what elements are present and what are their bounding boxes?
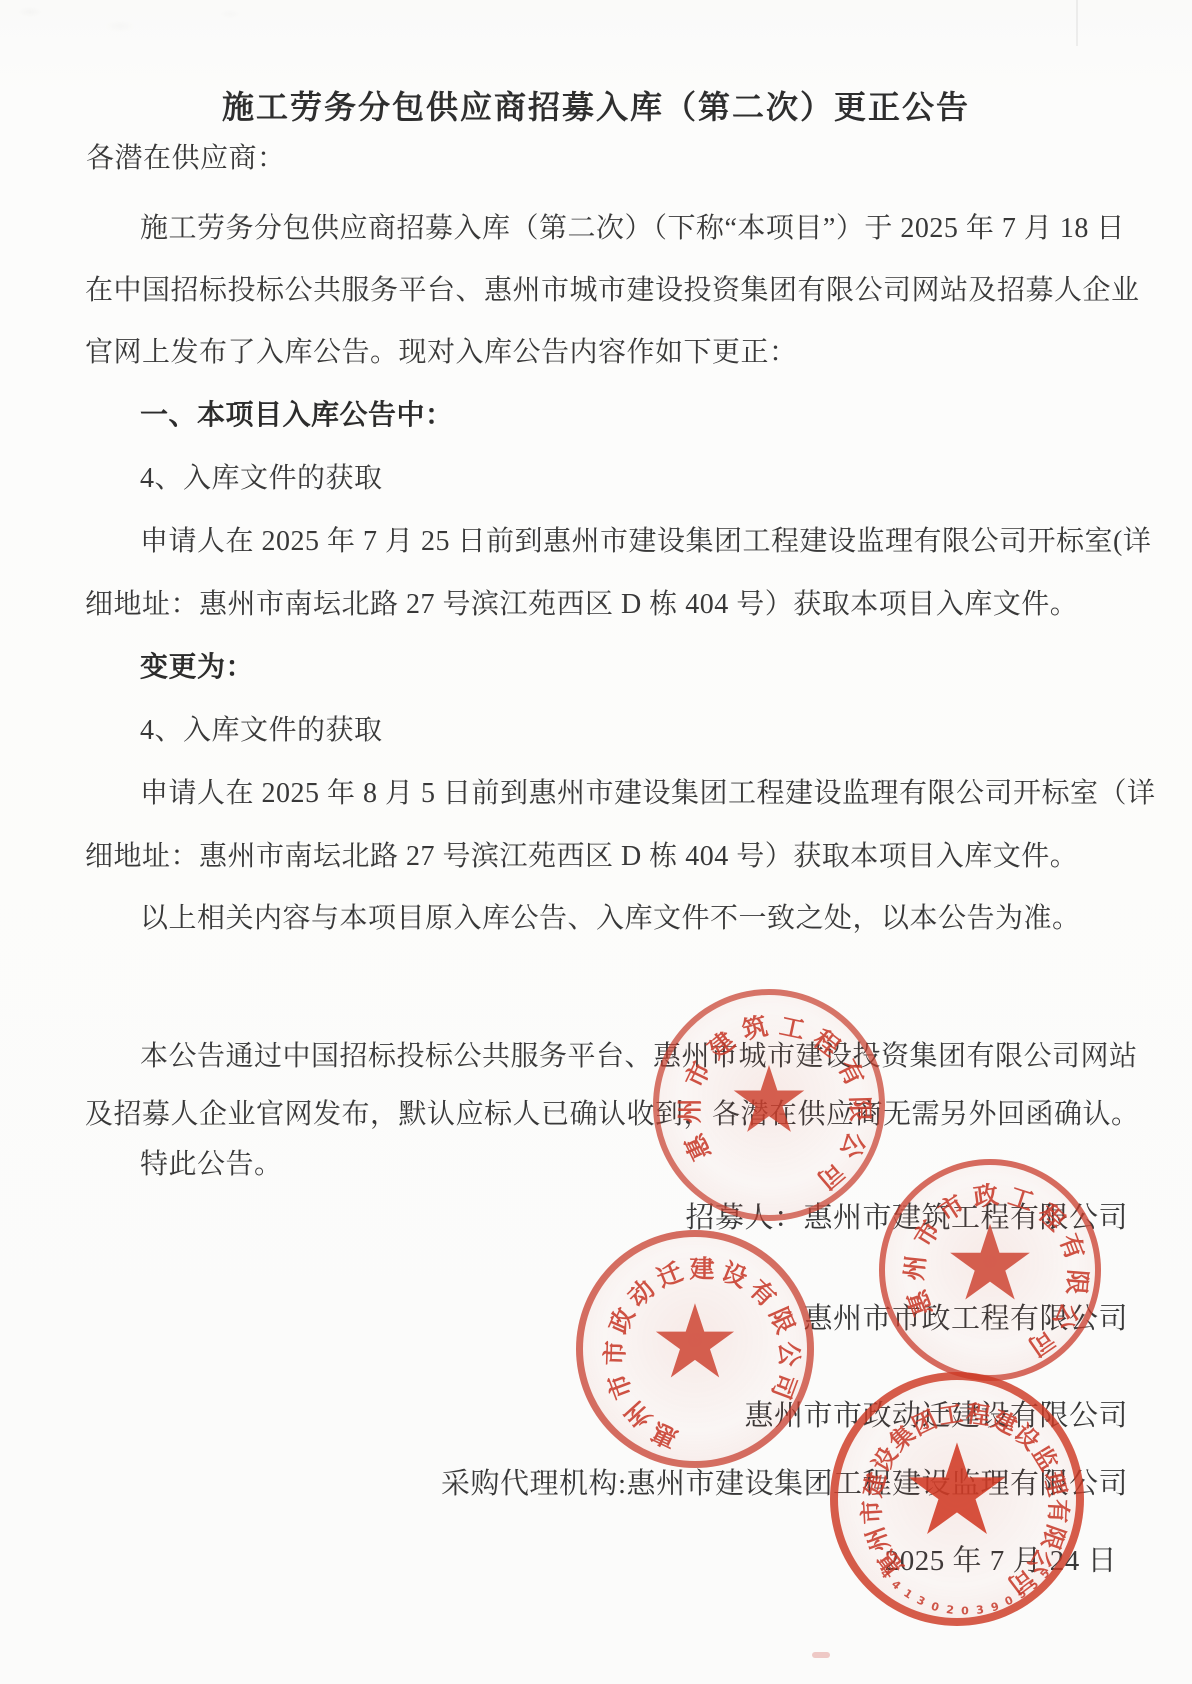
- scan-noise: [0, 0, 340, 46]
- doc-line-14: 及招募人企业官网发布，默认应标人已确认收到，各潜在供应商无需另外回函确认。: [85, 1098, 1140, 1132]
- closing-line: 特此公告。: [140, 1148, 283, 1182]
- doc-line-11: 细地址：惠州市南坛北路 27 号滨江苑西区 D 栋 404 号）获取本项目入库文…: [85, 840, 1078, 874]
- doc-line-7: 细地址：惠州市南坛北路 27 号滨江苑西区 D 栋 404 号）获取本项目入库文…: [85, 588, 1078, 622]
- seal-star-icon: ★: [728, 1054, 810, 1146]
- doc-line-10: 申请人在 2025 年 8 月 5 日前到惠州市建设集团工程建设监理有限公司开标…: [140, 777, 1156, 811]
- salutation: 各潜在供应商：: [86, 142, 286, 176]
- section-heading: 一、本项目入库公告中：: [140, 399, 454, 433]
- doc-line-6: 申请人在 2025 年 7 月 25 日前到惠州市建设集团工程建设监理有限公司开…: [140, 525, 1151, 559]
- doc-line-3: 官网上发布了入库公告。现对入库公告内容作如下更正：: [85, 336, 798, 370]
- page-title: 施工劳务分包供应商招募入库（第二次）更正公告: [0, 82, 1192, 128]
- official-seal-relocation-co: 惠州市市政动迁建设有限公司★: [576, 1230, 814, 1468]
- scan-smudge: [812, 1652, 830, 1658]
- scan-artifact-line: [1076, 0, 1078, 46]
- doc-line-9: 4、入库文件的获取: [140, 714, 383, 748]
- doc-line-12: 以上相关内容与本项目原入库公告、入库文件不一致之处，以本公告为准。: [140, 902, 1081, 936]
- doc-line-13: 本公告通过中国招标投标公共服务平台、惠州市城市建设投资集团有限公司网站: [140, 1040, 1138, 1074]
- seal-star-icon: ★: [649, 1293, 740, 1395]
- official-seal-construction-co: 惠州市建筑工程有限公司★: [653, 989, 885, 1221]
- seal-star-icon: ★: [901, 1430, 1014, 1556]
- seal-star-icon: ★: [943, 1213, 1036, 1317]
- official-seal-municipal-co: 惠州市市政工程有限公司★: [879, 1159, 1101, 1381]
- document-page: 施工劳务分包供应商招募入库（第二次）更正公告 各潜在供应商： 施工劳务分包供应商…: [0, 0, 1192, 1684]
- change-heading: 变更为：: [140, 651, 254, 685]
- doc-line-5: 4、入库文件的获取: [140, 462, 383, 496]
- doc-line-1: 施工劳务分包供应商招募入库（第二次）（下称“本项目”）于 2025 年 7 月 …: [140, 212, 1125, 246]
- official-seal-supervision-agency: 惠州市建设集团工程建设监理有限公司★4413020390555: [830, 1372, 1084, 1626]
- doc-line-2: 在中国招标投标公共服务平台、惠州市城市建设投资集团有限公司网站及招募人企业: [85, 274, 1140, 308]
